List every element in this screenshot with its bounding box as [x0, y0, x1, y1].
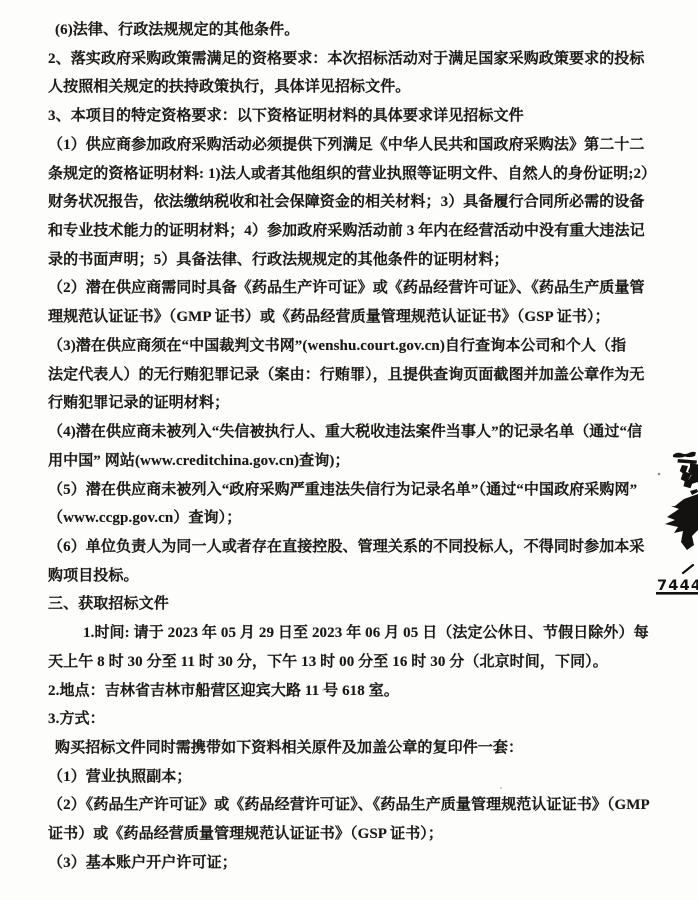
text-line: （2）潜在供应商需同时具备《药品生产许可证》或《药品经营许可证》、《药品生产质量… — [48, 274, 672, 303]
wavy-ink-stroke — [673, 452, 696, 458]
text-line: （2）《药品生产许可证》或《药品经营许可证》、《药品生产质量管理规范认证证书》（… — [48, 791, 672, 820]
text-line: （1）供应商参加政府采购活动必须提供下列满足《中华人民共和国政府采购法》第二十二 — [48, 131, 672, 160]
text-line: 法定代表人）的无行贿犯罪记录（案由：行贿罪），且提供查询页面截图并加盖公章作为无 — [48, 361, 672, 390]
text-line: 2、落实政府采购政策需满足的资格要求：本次招标活动对于满足国家采购政策要求的投标 — [48, 45, 672, 74]
scan-speckle — [500, 787, 502, 789]
flick-ink-mark — [690, 489, 698, 495]
slash-ink-stroke — [683, 565, 693, 573]
text-line: 和专业技术能力的证明材料；4）参加政府采购活动前 3 年内在经营活动中没有重大违… — [48, 217, 672, 246]
text-line: 证书）或《药品经营质量管理规范认证证书》（GSP 证书）； — [48, 820, 672, 849]
text-line: （www.ccgp.gov.cn）查询）； — [48, 504, 672, 533]
text-line: （3）基本账户开户许可证； — [48, 849, 672, 878]
text-line: 购项目投标。 — [48, 562, 672, 591]
text-line: （6）单位负责人为同一人或者存在直接控股、管理关系的不同投标人，不得同时参加本采 — [48, 533, 672, 562]
text-line: 1.时间: 请于 2023 年 05 月 29 日至 2023 年 06 月 0… — [48, 619, 672, 648]
text-line: 天上午 8 时 30 分至 11 时 30 分，下午 13 时 00 分至 16… — [48, 648, 672, 677]
text-line: 2.地点：吉林省吉林市船营区迎宾大路 11 号 618 室。 — [48, 677, 672, 706]
text-line: 购买招标文件同时需携带如下资料相关原件及加盖公章的复印件一套： — [48, 734, 672, 763]
text-line: (6)法律、行政法规规定的其他条件。 — [48, 16, 672, 45]
text-line: （4)潜在供应商未被列入“失信被执行人、重大税收违法案件当事人”的记录名单（通过… — [48, 418, 672, 447]
document-body: (6)法律、行政法规规定的其他条件。2、落实政府采购政策需满足的资格要求：本次招… — [48, 16, 672, 878]
scanned-document-page: (6)法律、行政法规规定的其他条件。2、落实政府采购政策需满足的资格要求：本次招… — [0, 0, 698, 900]
text-line: 人按照相关规定的扶持政策执行，具体详见招标文件。 — [48, 73, 672, 102]
text-line: 理规范认证证书》（GMP 证书）或《药品经营质量管理规范认证证书》（GSP 证书… — [48, 303, 672, 332]
text-line: 用中国” 网站(www.creditchina.gov.cn)查询)； — [48, 447, 672, 476]
text-line: 财务状况报告，依法缴纳税收和社会保障资金的相关材料；3）具备履行合同所必需的设备 — [48, 188, 672, 217]
text-line: （5）潜在供应商未被列入“政府采购严重违法失信行为记录名单”（通过“中国政府采购… — [48, 476, 672, 505]
text-line: （1）营业执照副本； — [48, 763, 672, 792]
scan-speckle — [322, 689, 324, 691]
text-line: 三、获取招标文件 — [48, 590, 672, 619]
scan-speckle — [416, 748, 419, 751]
text-line: 行贿犯罪记录的证明材料； — [48, 389, 672, 418]
text-line: 条规定的资格证明材料: 1)法人或者其他组织的营业执照等证明文件、自然人的身份证… — [48, 160, 672, 189]
text-line: 录的书面声明；5）具备法律、行政法规规定的其他条件的证明材料； — [48, 246, 672, 275]
text-line: （3)潜在供应商须在“中国裁判文书网”(wenshu.court.gov.cn)… — [48, 332, 672, 361]
text-line: 3、本项目的特定资格要求：以下资格证明材料的具体要求详见招标文件 — [48, 102, 672, 131]
text-line: 3.方式： — [48, 705, 672, 734]
